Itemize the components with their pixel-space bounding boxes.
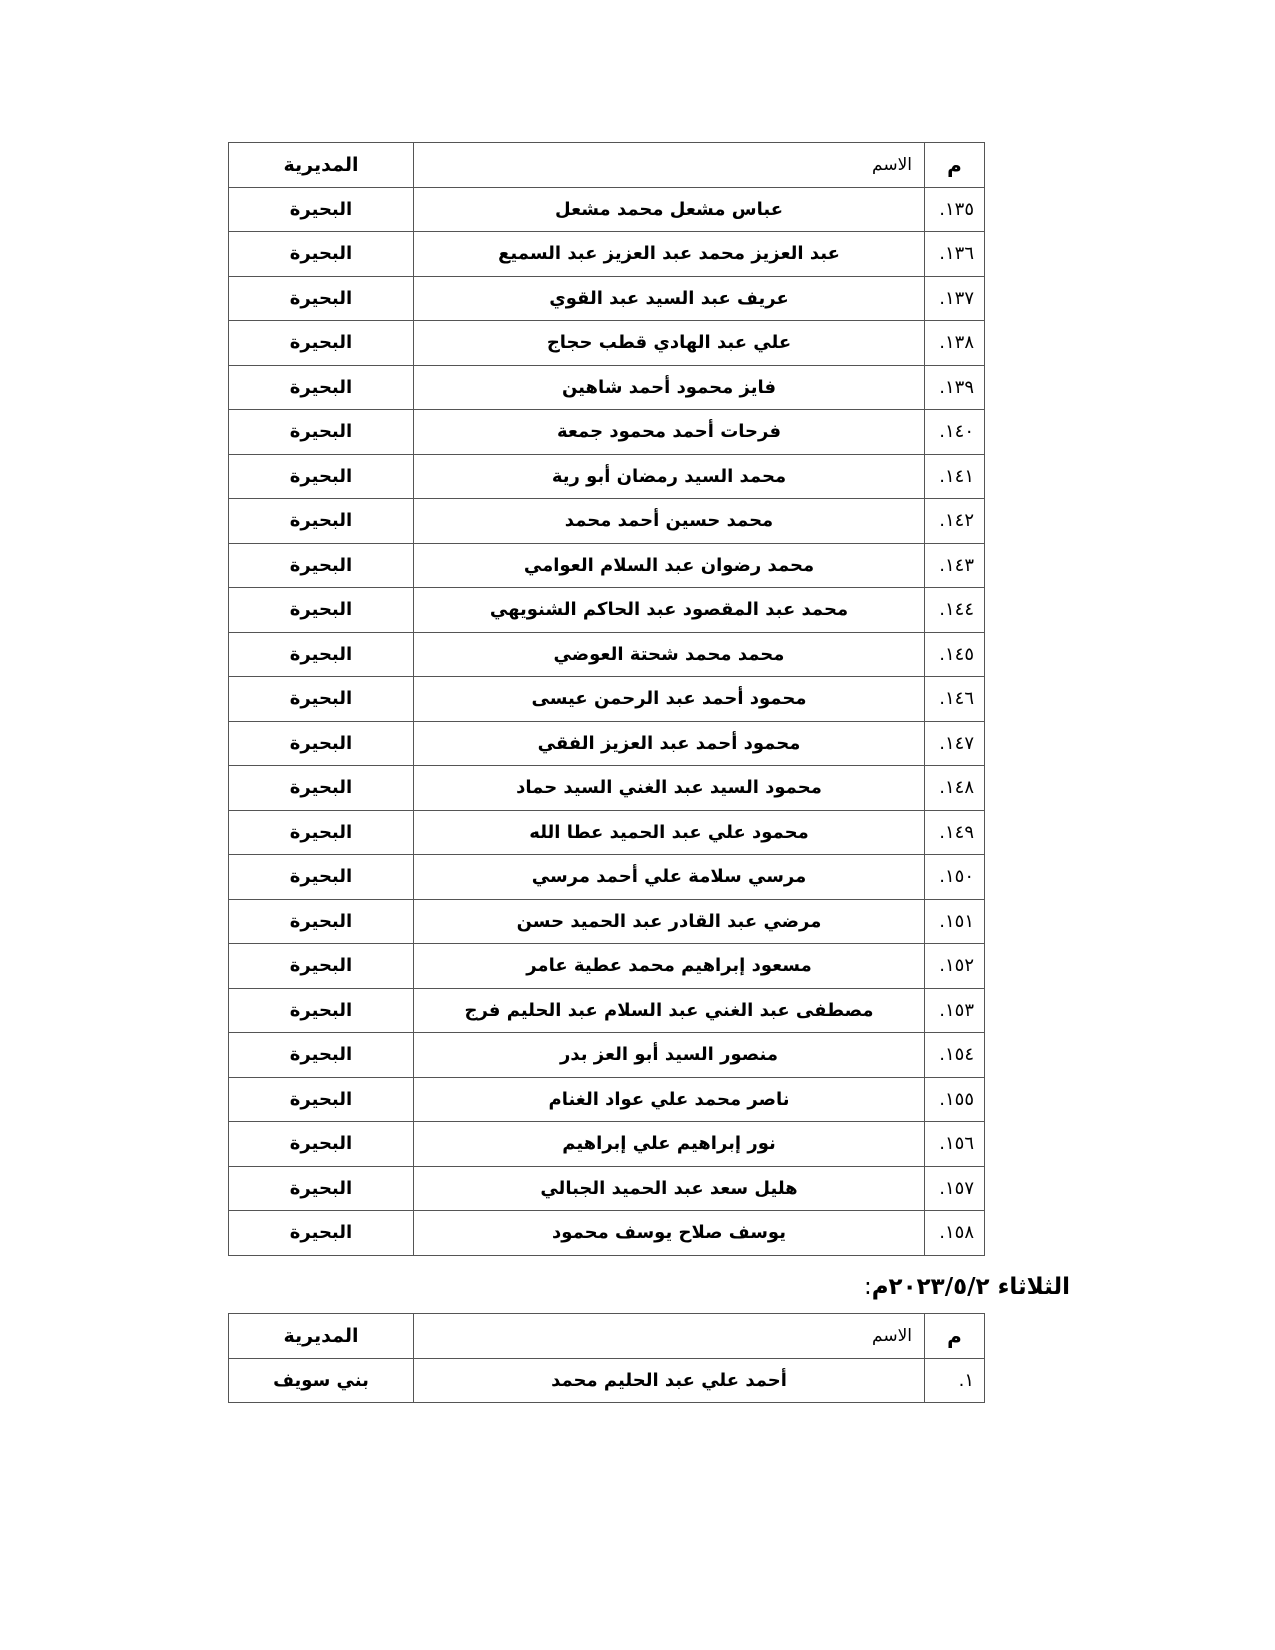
row-directorate: البحيرة [229,632,414,677]
names-table-1: م الاسم المديرية ١٣٥.عباس مشعل محمد مشعل… [228,142,985,1256]
row-name: مرضي عبد القادر عبد الحميد حسن [414,899,925,944]
row-directorate: البحيرة [229,232,414,277]
table-row: ١٣٩.فايز محمود أحمد شاهينالبحيرة [229,365,985,410]
row-directorate: البحيرة [229,454,414,499]
row-number: ١٣٨. [925,321,985,366]
row-directorate: البحيرة [229,365,414,410]
row-number: ١٥٣. [925,988,985,1033]
row-name: فرحات أحمد محمود جمعة [414,410,925,455]
row-directorate: البحيرة [229,276,414,321]
table-row: ١٤٤.محمد عبد المقصود عبد الحاكم الشنويهي… [229,588,985,633]
row-name: عبد العزيز محمد عبد العزيز عبد السميع [414,232,925,277]
row-name: نور إبراهيم علي إبراهيم [414,1122,925,1167]
row-number: ١٥٥. [925,1077,985,1122]
table-row: ١٥٧.هليل سعد عبد الحميد الجباليالبحيرة [229,1166,985,1211]
row-number: ١٥٤. [925,1033,985,1078]
row-name: مرسي سلامة علي أحمد مرسي [414,855,925,900]
table-row: ١٥٢.مسعود إبراهيم محمد عطية عامرالبحيرة [229,944,985,989]
table-row: ١٤٨.محمود السيد عبد الغني السيد حمادالبح… [229,766,985,811]
row-number: ١٥١. [925,899,985,944]
row-directorate: البحيرة [229,677,414,722]
row-name: يوسف صلاح يوسف محمود [414,1211,925,1256]
table-row: ١٤٣.محمد رضوان عبد السلام العواميالبحيرة [229,543,985,588]
row-directorate: البحيرة [229,588,414,633]
table-row: ١٥٣.مصطفى عبد الغني عبد السلام عبد الحلي… [229,988,985,1033]
row-name: محمد محمد شحتة العوضي [414,632,925,677]
row-directorate: البحيرة [229,721,414,766]
row-number: ١٤٩. [925,810,985,855]
row-number: ١٣٦. [925,232,985,277]
row-name: محمد السيد رمضان أبو رية [414,454,925,499]
row-name: محمود السيد عبد الغني السيد حماد [414,766,925,811]
row-directorate: البحيرة [229,899,414,944]
names-table-2: م الاسم المديرية ١.أحمد علي عبد الحليم م… [228,1313,985,1403]
row-name: عباس مشعل محمد مشعل [414,187,925,232]
table-row: ١٣٦.عبد العزيز محمد عبد العزيز عبد السمي… [229,232,985,277]
table-row: ١٣٨.علي عبد الهادي قطب حجاجالبحيرة [229,321,985,366]
table-row: ١٥٨.يوسف صلاح يوسف محمودالبحيرة [229,1211,985,1256]
row-name: محمود علي عبد الحميد عطا الله [414,810,925,855]
header-name: الاسم [414,143,925,188]
header-directorate: المديرية [229,143,414,188]
table-row: ١٤٦.محمود أحمد عبد الرحمن عيسىالبحيرة [229,677,985,722]
row-directorate: البحيرة [229,1166,414,1211]
table-row: ١٥٥.ناصر محمد علي عواد الغنامالبحيرة [229,1077,985,1122]
row-name: محمد رضوان عبد السلام العوامي [414,543,925,588]
header-name: الاسم [414,1314,925,1359]
row-number: ١٤٣. [925,543,985,588]
row-name: علي عبد الهادي قطب حجاج [414,321,925,366]
table-header-row: م الاسم المديرية [229,143,985,188]
row-name: محمد حسين أحمد محمد [414,499,925,544]
row-directorate: البحيرة [229,321,414,366]
row-number: ١٤٨. [925,766,985,811]
row-directorate: البحيرة [229,187,414,232]
row-directorate: البحيرة [229,810,414,855]
row-directorate: البحيرة [229,543,414,588]
row-directorate: البحيرة [229,499,414,544]
date-heading-text: الثلاثاء ٢٠٢٣/٥/٢م [872,1274,1070,1300]
row-directorate: البحيرة [229,1033,414,1078]
row-number: ١٤١. [925,454,985,499]
row-name: منصور السيد أبو العز بدر [414,1033,925,1078]
row-number: ١٤٢. [925,499,985,544]
row-number: ١. [925,1358,985,1403]
table-row: ١٥١.مرضي عبد القادر عبد الحميد حسنالبحير… [229,899,985,944]
row-name: محمود أحمد عبد العزيز الفقي [414,721,925,766]
row-number: ١٤٦. [925,677,985,722]
row-directorate: البحيرة [229,1122,414,1167]
row-number: ١٥٢. [925,944,985,989]
row-directorate: البحيرة [229,410,414,455]
table-row: ١٥٤.منصور السيد أبو العز بدرالبحيرة [229,1033,985,1078]
row-number: ١٣٩. [925,365,985,410]
row-number: ١٤٤. [925,588,985,633]
table-row: ١٥٠.مرسي سلامة علي أحمد مرسيالبحيرة [229,855,985,900]
row-number: ١٥٠. [925,855,985,900]
row-number: ١٥٦. [925,1122,985,1167]
table-row: ١٤١.محمد السيد رمضان أبو ريةالبحيرة [229,454,985,499]
row-name: فايز محمود أحمد شاهين [414,365,925,410]
header-num: م [925,1314,985,1359]
table-row: ١٤٧.محمود أحمد عبد العزيز الفقيالبحيرة [229,721,985,766]
row-directorate: بني سويف [229,1358,414,1403]
table-row: ١٤٢.محمد حسين أحمد محمدالبحيرة [229,499,985,544]
row-number: ١٤٧. [925,721,985,766]
row-number: ١٣٥. [925,187,985,232]
table-row: ١٣٥.عباس مشعل محمد مشعلالبحيرة [229,187,985,232]
row-number: ١٥٧. [925,1166,985,1211]
header-directorate: المديرية [229,1314,414,1359]
row-name: ناصر محمد علي عواد الغنام [414,1077,925,1122]
row-directorate: البحيرة [229,855,414,900]
row-directorate: البحيرة [229,1211,414,1256]
header-num: م [925,143,985,188]
table-row: ١٤٩.محمود علي عبد الحميد عطا اللهالبحيرة [229,810,985,855]
table-row: ١٣٧.عريف عبد السيد عبد القويالبحيرة [229,276,985,321]
row-directorate: البحيرة [229,1077,414,1122]
table-header-row: م الاسم المديرية [229,1314,985,1359]
row-directorate: البحيرة [229,944,414,989]
row-number: ١٣٧. [925,276,985,321]
row-directorate: البحيرة [229,988,414,1033]
date-heading-colon: : [864,1274,872,1300]
row-name: عريف عبد السيد عبد القوي [414,276,925,321]
table-row: ١٥٦.نور إبراهيم علي إبراهيمالبحيرة [229,1122,985,1167]
row-number: ١٤٥. [925,632,985,677]
row-number: ١٥٨. [925,1211,985,1256]
row-name: أحمد علي عبد الحليم محمد [414,1358,925,1403]
table-row: ١٤٠.فرحات أحمد محمود جمعةالبحيرة [229,410,985,455]
date-heading: الثلاثاء ٢٠٢٣/٥/٢م: [864,1274,1070,1300]
row-name: محمد عبد المقصود عبد الحاكم الشنويهي [414,588,925,633]
row-name: محمود أحمد عبد الرحمن عيسى [414,677,925,722]
row-name: مسعود إبراهيم محمد عطية عامر [414,944,925,989]
row-number: ١٤٠. [925,410,985,455]
row-name: هليل سعد عبد الحميد الجبالي [414,1166,925,1211]
row-directorate: البحيرة [229,766,414,811]
table-row: ١٤٥.محمد محمد شحتة العوضيالبحيرة [229,632,985,677]
row-name: مصطفى عبد الغني عبد السلام عبد الحليم فر… [414,988,925,1033]
table-row: ١.أحمد علي عبد الحليم محمدبني سويف [229,1358,985,1403]
